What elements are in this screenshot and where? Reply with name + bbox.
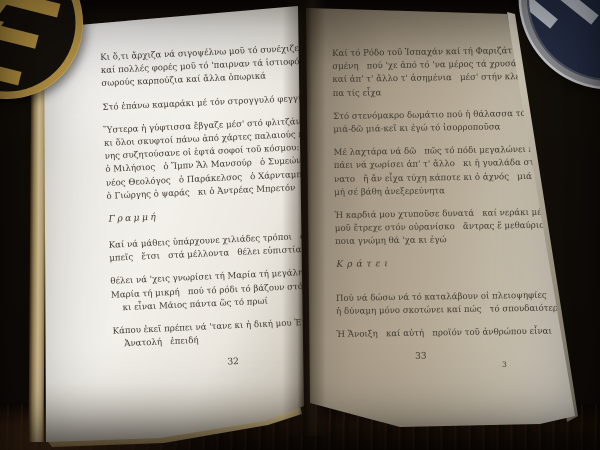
verse-line: μή σέ βάθη ἀνεξερεύνητα xyxy=(334,184,526,200)
verse-line: ἡ δύναμη μόνο σκοτώνει καί πώς τό σπουδα… xyxy=(336,303,528,319)
signature-mark: 3 xyxy=(502,360,507,369)
stanza: Στό ἐπάνω καμαράκι μέ τόν στρογγυλό φεγγ… xyxy=(102,92,306,114)
verse-line: Στό ἐπάνω καμαράκι μέ τόν στρογγυλό φεγγ… xyxy=(102,92,306,114)
page-number-right: 33 xyxy=(337,349,529,365)
silver-lightning-coaster xyxy=(492,0,600,96)
stanza: Πού νά δώσω νά τό καταλάβουν οἱ πλειοψηφ… xyxy=(336,290,528,319)
stanza: Ἡ Ἄνοιξη καί αὐτή προϊόν τοῦ ἀνθρώπου εἶ… xyxy=(336,326,528,342)
book-gutter-shadow xyxy=(282,0,326,436)
book-photo: Κι ὅ,τι ἄρχιζα νά σιγοψέλνω μοῦ τό συνέχ… xyxy=(0,0,600,450)
stanza: Μέ λαχτάρα νά δῶ πῶς τό πόδι μεγαλώνει κ… xyxy=(334,144,527,200)
section-heading-kratei: Κράτει xyxy=(336,256,527,272)
verse-line: μιά-δῶ μιά-κεῖ κι ἐγώ τό ἰσορροποῦσα xyxy=(333,121,525,137)
stanza: Στό στενόμακρο δωμάτιο πού ἡ θάλασσα τό … xyxy=(333,108,525,137)
verse-line: ποια γνώμη θά 'χα κι ἐγώ xyxy=(335,233,527,249)
verse-line: Ἡ Ἄνοιξη καί αὐτή προϊόν τοῦ ἀνθρώπου εἶ… xyxy=(336,326,528,342)
stanza: Ὕστερα ἡ γύφτισσα ἔβγαζε μέσ' στό φλιτζά… xyxy=(103,115,310,203)
gold-lightning-coaster xyxy=(0,0,92,108)
stanza: Κι ὅ,τι ἄρχιζα νά σιγοψέλνω μοῦ τό συνέχ… xyxy=(100,43,306,92)
stanza: Ἡ καρδιά μου χτυποῦσε δυνατά καί νεράκι … xyxy=(335,207,528,250)
